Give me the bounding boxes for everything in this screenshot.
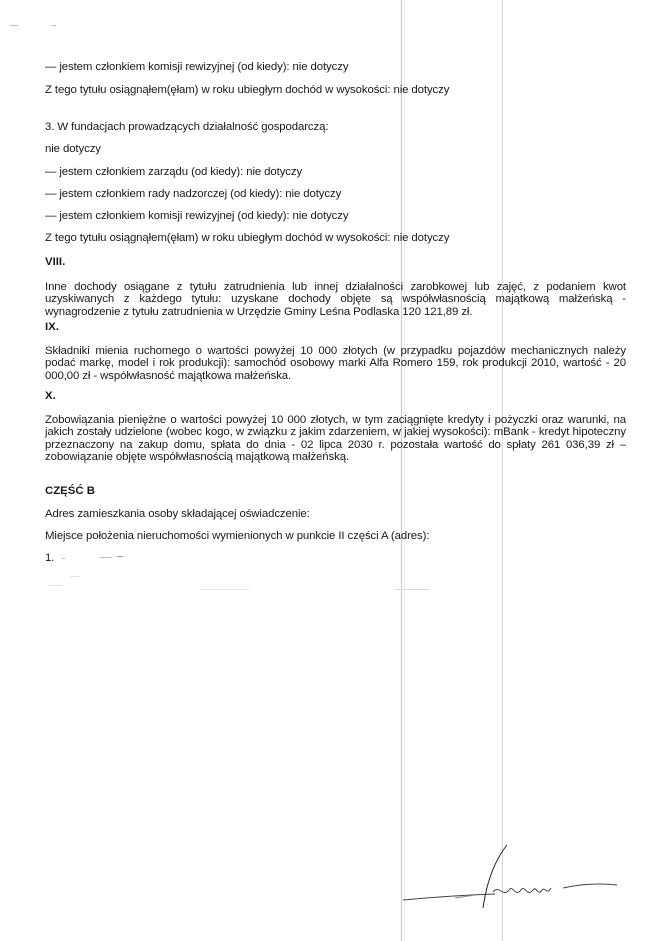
foundations-heading: 3. W fundacjach prowadzących działalność…: [45, 120, 328, 134]
signature-icon: [395, 840, 625, 920]
scan-fold-line: [401, 0, 402, 941]
supervisory-board-line: — jestem członkiem rady nadzorczej (od k…: [45, 187, 341, 201]
section-x-heading: X.: [45, 389, 56, 403]
section-viii-text: Inne dochody osiągane z tytułu zatrudnie…: [45, 281, 626, 318]
rev-commission-line: — jestem członkiem komisji rewizyjnej (o…: [45, 209, 348, 223]
redaction-artifact: [100, 557, 112, 558]
redaction-artifact: [395, 589, 430, 590]
income-line: Z tego tytułu osiągnąłem(ęłam) w roku ub…: [45, 231, 449, 245]
rev-commission-line: — jestem członkiem komisji rewizyjnej (o…: [45, 60, 348, 74]
residence-address-label: Adres zamieszkania osoby składającej ośw…: [45, 507, 310, 521]
scan-fold-line-shadow: [404, 0, 405, 941]
section-viii-heading: VIII.: [45, 255, 65, 269]
property-item-1: 1.: [45, 551, 54, 565]
redaction-artifact: [200, 589, 250, 590]
redaction-artifact: [70, 576, 80, 577]
scan-fold-line: [502, 0, 503, 941]
redaction-artifact: [62, 558, 65, 559]
income-line: Z tego tytułu osiągnąłem(ęłam) w roku ub…: [45, 83, 449, 97]
board-member-line: — jestem członkiem zarządu (od kiedy): n…: [45, 165, 302, 179]
section-ix-heading: IX.: [45, 320, 59, 334]
scan-artifact: [10, 25, 18, 26]
section-x-text: Zobowiązania pieniężne o wartości powyże…: [45, 414, 626, 464]
part-b-heading: CZĘŚĆ B: [45, 484, 95, 498]
scan-artifact: [52, 25, 56, 26]
property-location-label: Miejsce położenia nieruchomości wymienio…: [45, 529, 429, 543]
redaction-artifact: [48, 585, 62, 586]
redaction-artifact: [117, 556, 123, 557]
foundations-status: nie dotyczy: [45, 142, 101, 156]
section-ix-text: Składniki mienia ruchomego o wartości po…: [45, 345, 626, 382]
